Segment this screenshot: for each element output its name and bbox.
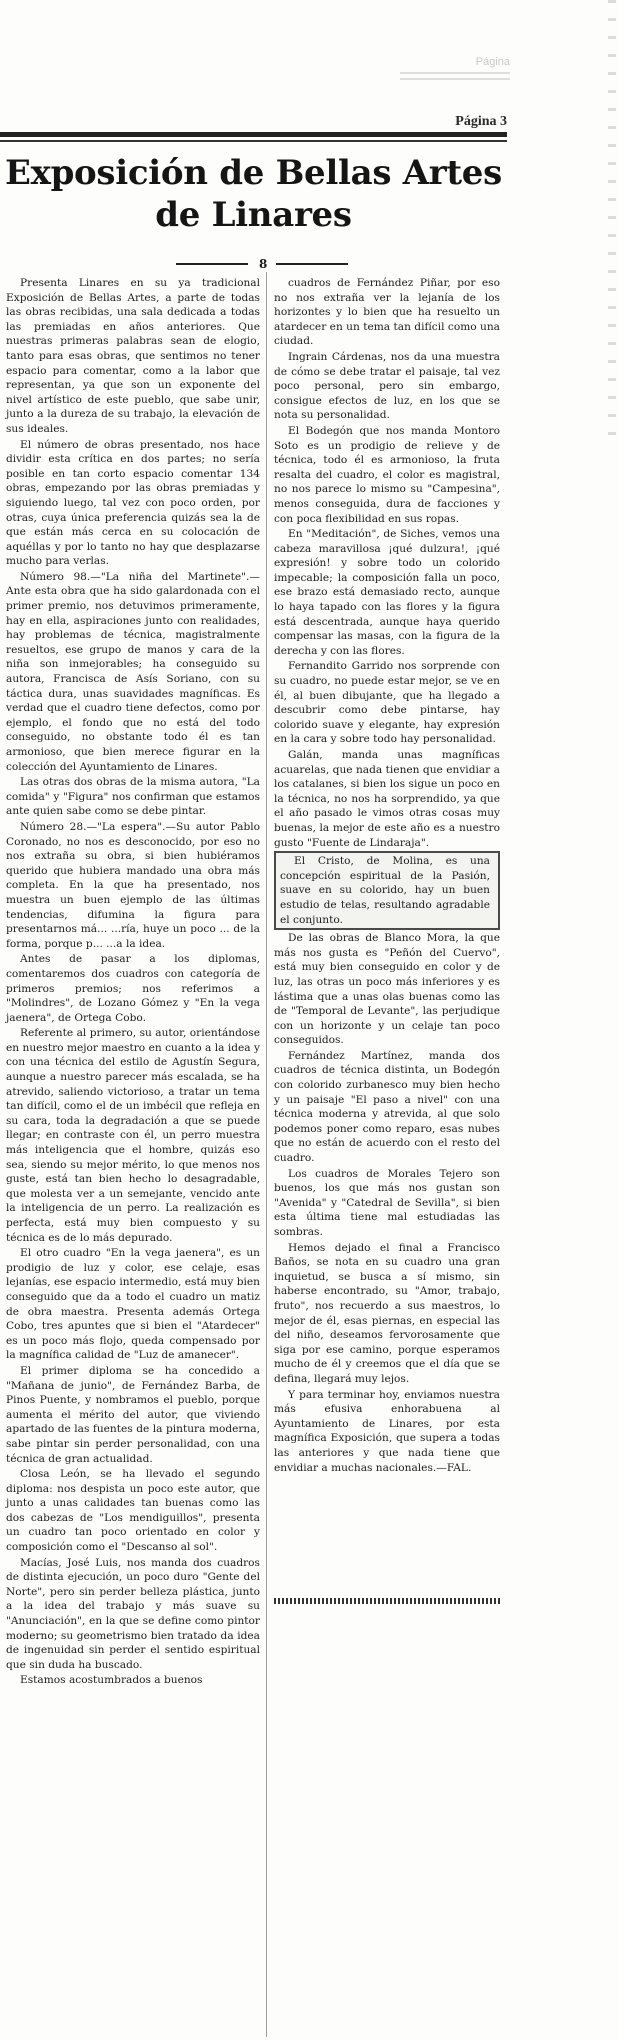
title-line-2: de Linares — [155, 195, 352, 235]
article-column-right: cuadros de Fernández Piñar, por eso no n… — [274, 276, 500, 1476]
article-paragraph: Las otras dos obras de la misma autora, … — [6, 775, 260, 819]
article-paragraph: Referente al primero, su autor, orientán… — [6, 1026, 260, 1245]
bleed-through-text: Página — [400, 56, 510, 80]
article-paragraph: Macías, José Luis, nos manda dos cuadros… — [6, 1556, 260, 1673]
article-paragraph: Los cuadros de Morales Tejero son buenos… — [274, 1167, 500, 1240]
article-paragraph: Número 98.—"La niña del Martinete".—Ante… — [6, 570, 260, 774]
header-rule-thin — [0, 140, 507, 142]
article-paragraph: Fernández Martínez, manda dos cuadros de… — [274, 1049, 500, 1166]
article-paragraph: Y para terminar hoy, enviamos nuestra má… — [274, 1388, 500, 1476]
article-paragraph: Fernandito Garrido nos sorprende con su … — [274, 659, 500, 747]
article-paragraph: Ingrain Cárdenas, nos da una muestra de … — [274, 350, 500, 423]
article-paragraph: De las obras de Blanco Mora, la que más … — [274, 931, 500, 1048]
article-paragraph: Presenta Linares en su ya tradicional Ex… — [6, 276, 260, 437]
article-paragraph: Estamos acostumbrados a buenos — [6, 1673, 260, 1688]
boxed-paragraph: El Cristo, de Molina, es una concepción … — [274, 851, 500, 930]
article-title: Exposición de Bellas Artes de Linares — [0, 152, 507, 236]
title-separator: 8 — [176, 258, 356, 270]
article-paragraph: Antes de pasar a los diplomas, comentare… — [6, 952, 260, 1025]
column-divider — [266, 272, 267, 2037]
article-paragraph: Galán, manda unas magníficas acuarelas, … — [274, 748, 500, 850]
title-line-1: Exposición de Bellas Artes — [5, 153, 502, 193]
article-paragraph: cuadros de Fernández Piñar, por eso no n… — [274, 276, 500, 349]
article-end-rule — [274, 1598, 502, 1604]
page-number: Página 3 — [455, 114, 507, 130]
article-paragraph: El Bodegón que nos manda Montoro Soto es… — [274, 424, 500, 526]
header-rule-thick — [0, 132, 507, 137]
article-paragraph: El otro cuadro "En la vega jaenera", es … — [6, 1246, 260, 1363]
article-column-left: Presenta Linares en su ya tradicional Ex… — [6, 276, 260, 1689]
article-paragraph: El primer diploma se ha concedido a "Mañ… — [6, 1364, 260, 1466]
article-paragraph: Hemos dejado el final a Francisco Baños,… — [274, 1241, 500, 1387]
page-edge-shadow — [608, 0, 616, 440]
separator-ornament-icon: 8 — [259, 257, 267, 271]
article-paragraph: En "Meditación", de Siches, vemos una ca… — [274, 527, 500, 658]
article-paragraph: Número 28.—"La espera".—Su autor Pablo C… — [6, 820, 260, 951]
article-paragraph: El número de obras presentado, nos hace … — [6, 438, 260, 569]
article-paragraph: Closa León, se ha llevado el segundo dip… — [6, 1467, 260, 1555]
